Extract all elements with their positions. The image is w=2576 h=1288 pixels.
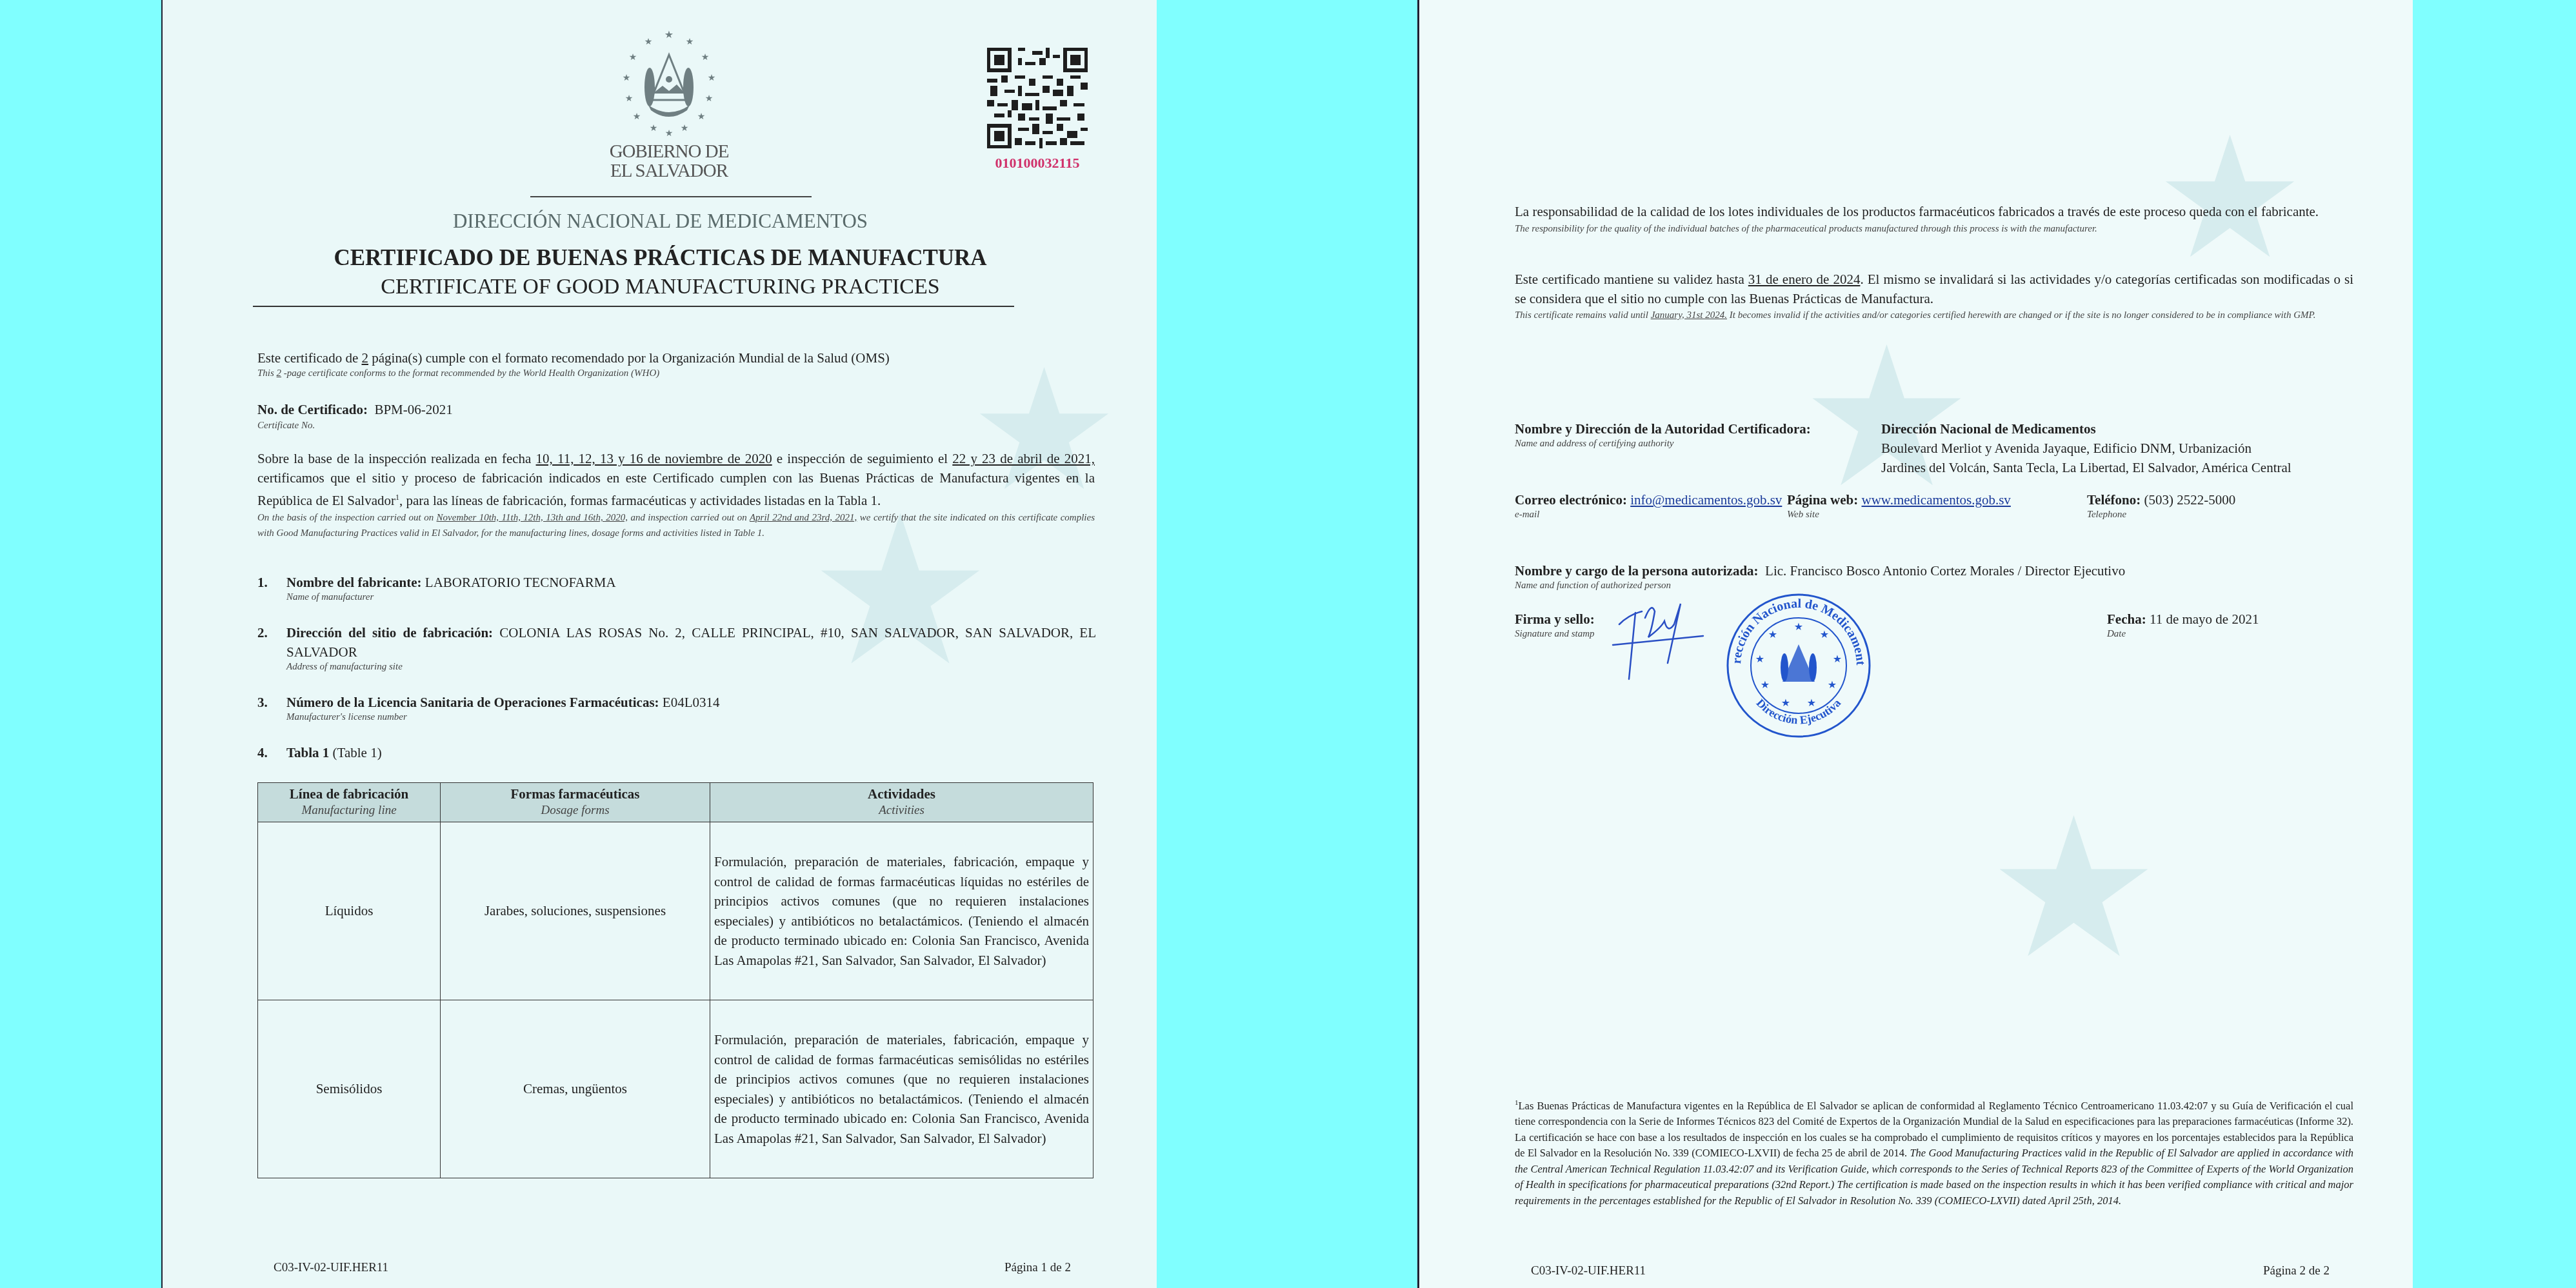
text: página(s) cumple con el formato recomend… — [368, 350, 890, 366]
authority-name: Dirección Nacional de Medicamentos — [1881, 419, 2291, 439]
phone-block: Teléfono: (503) 2522-5000 Telephone — [2087, 490, 2235, 520]
authority-details: Dirección Nacional de Medicamentos Boule… — [1881, 419, 2291, 477]
manufacturer-name: LABORATORIO TECNOFARMA — [422, 575, 616, 590]
page-count: 2 — [277, 368, 282, 379]
svg-text:★: ★ — [681, 124, 689, 134]
cell-activities: Formulación, preparación de materiales, … — [710, 822, 1093, 1000]
column-header-activities: ActividadesActivities — [710, 783, 1093, 822]
official-stamp-icon: Dirección Nacional de Medicamentos Direc… — [1721, 591, 1876, 740]
qr-code-number: 010100032115 — [981, 155, 1094, 172]
header-es: Actividades — [714, 786, 1089, 802]
header-en: Activities — [714, 802, 1089, 819]
svg-text:★: ★ — [701, 53, 710, 63]
svg-text:★: ★ — [644, 37, 653, 47]
text: On the basis of the inspection carried o… — [257, 513, 437, 523]
item-number: 3. — [257, 693, 286, 712]
svg-text:★: ★ — [650, 124, 658, 134]
text: and inspection carried out on — [628, 513, 750, 523]
government-line-1: GOBIERNO DE — [575, 142, 763, 161]
responsibility-en: The responsibility for the quality of th… — [1515, 221, 2353, 237]
watermark-star-icon: ★ — [2155, 116, 2305, 284]
document-title-english: CERTIFICATE OF GOOD MANUFACTURING PRACTI… — [324, 275, 997, 299]
item-label-en: Name of manufacturer — [257, 592, 1096, 603]
svg-text:★: ★ — [1828, 680, 1837, 691]
svg-text:★: ★ — [633, 112, 641, 122]
stamp-bottom-text: Dirección Ejecutiva — [1754, 697, 1844, 727]
header-es: Línea de fabricación — [262, 786, 436, 802]
svg-text:Dirección Ejecutiva: Dirección Ejecutiva — [1754, 697, 1844, 727]
phone-label: Teléfono: — [2087, 492, 2141, 508]
watermark-star-icon: ★ — [1987, 793, 2161, 987]
svg-text:★: ★ — [664, 30, 674, 41]
text: This — [257, 368, 277, 379]
svg-text:★: ★ — [629, 53, 637, 63]
svg-text:★: ★ — [1833, 654, 1842, 665]
item-label-en: Manufacturer's license number — [257, 712, 1096, 723]
item-license: 3.Número de la Licencia Sanitaria de Ope… — [257, 693, 1096, 723]
signature-label-en: Signature and stamp — [1515, 629, 1595, 640]
responsibility-statement: La responsabilidad de la calidad de los … — [1515, 202, 2353, 237]
svg-text:★: ★ — [1781, 698, 1790, 709]
item-address: 2.Dirección del sitio de fabricación: CO… — [257, 623, 1096, 673]
item-number: 2. — [257, 623, 286, 662]
item-label-en: Address of manufacturing site — [257, 662, 1096, 673]
email-link[interactable]: info@medicamentos.gob.sv — [1630, 492, 1782, 508]
inspection-dates: 10, 11, 12, 13 y 16 de noviembre de 2020 — [536, 451, 772, 466]
table-header-row: Línea de fabricaciónManufacturing line F… — [258, 783, 1093, 822]
follow-up-dates: 22 y 23 de abril de 2021, — [952, 451, 1095, 466]
svg-text:★: ★ — [1761, 680, 1770, 691]
manufacturing-lines-table: Línea de fabricaciónManufacturing line F… — [257, 782, 1093, 1178]
certificate-number: No. de Certificado: BPM-06-2021 Certific… — [257, 400, 1096, 432]
header-es: Formas farmacéuticas — [444, 786, 706, 802]
phone-label-en: Telephone — [2087, 510, 2235, 520]
item-table-heading: 4.Tabla 1 (Table 1) — [257, 743, 1096, 762]
header-en: Dosage forms — [444, 802, 706, 819]
email-label: Correo electrónico: — [1515, 492, 1627, 508]
format-statement: Este certificado de 2 página(s) cumple c… — [257, 348, 1096, 379]
authority-label-en: Name and address of certifying authority — [1515, 439, 1811, 450]
authorized-label: Nombre y cargo de la persona autorizada: — [1515, 563, 1759, 579]
authorized-label-en: Name and function of authorized person — [1515, 580, 2125, 591]
certificate-page-1: ★ ★ ★ ★ ★ ★ ★ ★ ★ ★ ★ ★ ★ ★ ★ ★ GOBIERNO… — [161, 0, 1157, 1288]
authorized-person: Nombre y cargo de la persona autorizada:… — [1515, 561, 2125, 591]
handwritten-signature-icon — [1600, 599, 1729, 682]
agency-name: DIRECCIÓN NACIONAL DE MEDICAMENTOS — [324, 210, 997, 233]
responsibility-es: La responsabilidad de la calidad de los … — [1515, 202, 2353, 221]
date-label-en: Date — [2107, 629, 2259, 640]
svg-text:★: ★ — [1820, 629, 1829, 640]
document-code: C03-IV-02-UIF.HER11 — [1531, 1264, 1646, 1278]
cell-line: Semisólidos — [258, 1000, 441, 1178]
text: Este certificado mantiene su validez has… — [1515, 272, 1748, 287]
date-block: Fecha: 11 de mayo de 2021 Date — [2107, 609, 2259, 640]
certificate-number-label: No. de Certificado: — [257, 402, 368, 417]
date-label: Fecha: — [2107, 611, 2146, 627]
cell-activities: Formulación, preparación de materiales, … — [710, 1000, 1093, 1178]
validity-statement: Este certificado mantiene su validez has… — [1515, 270, 2353, 322]
divider — [253, 306, 1014, 307]
text: This certificate remains valid until — [1515, 310, 1651, 321]
qr-code-icon[interactable] — [987, 48, 1088, 148]
item-manufacturer: 1.Nombre del fabricante: LABORATORIO TEC… — [257, 573, 1096, 603]
certificate-number-value: BPM-06-2021 — [374, 402, 452, 417]
table-row: Líquidos Jarabes, soluciones, suspension… — [258, 822, 1093, 1000]
svg-text:★: ★ — [665, 129, 674, 139]
signature-label-text: Firma y sello: — [1515, 609, 1595, 629]
signature-label: Firma y sello: Signature and stamp — [1515, 609, 1595, 640]
divider — [530, 196, 812, 197]
authority-address-line-1: Boulevard Merliot y Avenida Jayaque, Edi… — [1881, 439, 2291, 458]
table-row: Semisólidos Cremas, ungüentos Formulació… — [258, 1000, 1093, 1178]
text: It becomes invalid if the activities and… — [1727, 310, 2315, 321]
website-block: Página web: www.medicamentos.gob.sv Web … — [1787, 490, 2011, 520]
svg-text:★: ★ — [1768, 629, 1777, 640]
cell-forms: Jarabes, soluciones, suspensiones — [441, 822, 710, 1000]
expiry-date: 31 de enero de 2024 — [1748, 272, 1861, 287]
svg-text:★: ★ — [697, 112, 706, 122]
website-label-en: Web site — [1787, 510, 2011, 520]
expiry-date-en: January, 31st 2024. — [1651, 310, 1727, 321]
authority-label: Nombre y Dirección de la Autoridad Certi… — [1515, 419, 1811, 450]
phone-number: (503) 2522-5000 — [2144, 492, 2235, 508]
email-label-en: e-mail — [1515, 510, 1782, 520]
authorized-name: Lic. Francisco Bosco Antonio Cortez Mora… — [1765, 563, 2125, 579]
government-name: GOBIERNO DE EL SALVADOR — [575, 142, 763, 181]
item-number: 1. — [257, 573, 286, 592]
page-number: Página 2 de 2 — [2263, 1264, 2330, 1278]
item-label: Nombre del fabricante: — [286, 575, 422, 590]
table-label-en: (Table 1) — [329, 745, 381, 760]
authority-address-line-2: Jardines del Volcán, Santa Tecla, La Lib… — [1881, 458, 2291, 477]
svg-text:★: ★ — [1807, 698, 1816, 709]
text: e inspección de seguimiento el — [772, 451, 953, 466]
website-label: Página web: — [1787, 492, 1858, 508]
svg-text:★: ★ — [623, 74, 631, 83]
text: -page certificate conforms to the format… — [281, 368, 659, 379]
item-label: Dirección del sitio de fabricación: — [286, 625, 493, 640]
license-number: E04L0314 — [659, 695, 720, 710]
svg-text:★: ★ — [686, 37, 694, 47]
header-en: Manufacturing line — [262, 802, 436, 819]
document-code: C03-IV-02-UIF.HER11 — [274, 1261, 388, 1275]
svg-text:★: ★ — [625, 94, 634, 104]
page-count: 2 — [362, 350, 369, 366]
email-block: Correo electrónico: info@medicamentos.go… — [1515, 490, 1782, 520]
issue-date: 11 de mayo de 2021 — [2146, 611, 2259, 627]
svg-text:★: ★ — [705, 94, 714, 104]
inspection-basis: Sobre la base de la inspección realizada… — [257, 449, 1095, 541]
page-number: Página 1 de 2 — [1004, 1261, 1071, 1275]
item-label: Tabla 1 — [286, 745, 329, 760]
column-header-line: Línea de fabricaciónManufacturing line — [258, 783, 441, 822]
el-salvador-coat-of-arms-icon: ★ ★ ★ ★ ★ ★ ★ ★ ★ ★ ★ ★ ★ ★ — [617, 29, 721, 139]
footnote: 1Las Buenas Prácticas de Manufactura vig… — [1515, 1095, 2353, 1209]
text: Sobre la base de la inspección realizada… — [257, 451, 536, 466]
cell-line: Líquidos — [258, 822, 441, 1000]
certificate-number-label-en: Certificate No. — [257, 419, 1096, 432]
svg-text:★: ★ — [1794, 622, 1803, 633]
item-label: Número de la Licencia Sanitaria de Opera… — [286, 695, 659, 710]
text: , para las líneas de fabricación, formas… — [399, 493, 881, 508]
svg-text:★: ★ — [1755, 654, 1764, 665]
document-title: CERTIFICADO DE BUENAS PRÁCTICAS DE MANUF… — [324, 245, 997, 271]
item-number: 4. — [257, 743, 286, 762]
government-line-2: EL SALVADOR — [575, 161, 763, 181]
authority-label-text: Nombre y Dirección de la Autoridad Certi… — [1515, 419, 1811, 439]
website-link[interactable]: www.medicamentos.gob.sv — [1862, 492, 2011, 508]
certificate-page-2: ★ ★ ★ La responsabilidad de la calidad d… — [1417, 0, 2413, 1288]
text: Este certificado de — [257, 350, 362, 366]
cell-forms: Cremas, ungüentos — [441, 1000, 710, 1178]
inspection-dates-en: November 10th, 11th, 12th, 13th and 16th… — [437, 513, 628, 523]
follow-up-dates-en: April 22nd and 23rd, 2021, — [750, 513, 857, 523]
svg-text:★: ★ — [708, 74, 716, 83]
column-header-forms: Formas farmacéuticasDosage forms — [441, 783, 710, 822]
